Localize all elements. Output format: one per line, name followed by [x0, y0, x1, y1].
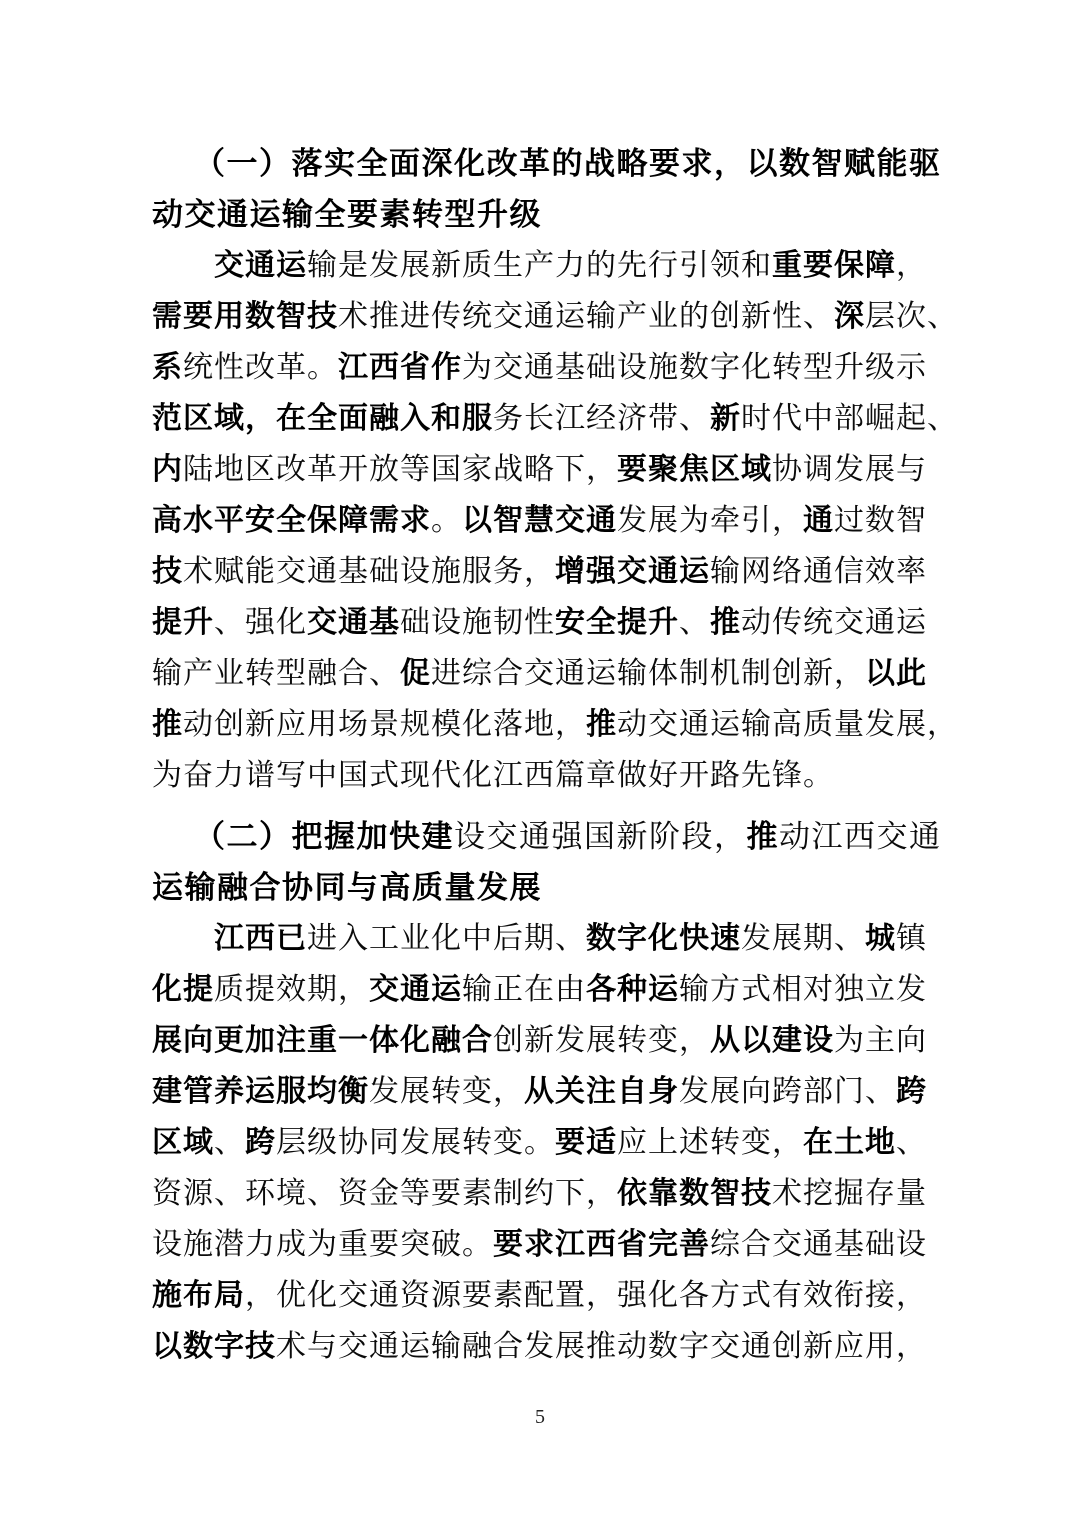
text-run: 输正在由 — [462, 973, 586, 1006]
text-run: 安全提升 — [555, 606, 679, 639]
text-run: 、 — [679, 606, 710, 639]
text-run: 推 — [152, 708, 183, 741]
text-run: 促 — [400, 657, 431, 690]
document-page: （一）落实全面深化改革的战略要求，以数智赋能驱动交通运输全要素转型升级交通运输是… — [0, 0, 1080, 1527]
text-line: 设施潜力成为重要突破。要求江西省完善综合交通基础设 — [152, 1219, 947, 1270]
text-run: 设施潜力成为重要突破。 — [152, 1228, 493, 1261]
text-run: 动创新应用场景规模化落地， — [183, 708, 586, 741]
text-line: 动交通运输全要素转型升级 — [152, 189, 947, 240]
text-run: 发展向跨部门、 — [679, 1075, 896, 1108]
text-run: 系 — [152, 351, 183, 384]
text-run: 施布局 — [152, 1279, 245, 1312]
text-run: 发展转变， — [369, 1075, 524, 1108]
text-line: 推动创新应用场景规模化落地，推动交通运输高质量发展， — [152, 699, 947, 750]
text-run: 展向更加注重一体化融合 — [152, 1024, 493, 1057]
text-run: 资源、环境、资金等要素制约下， — [152, 1177, 617, 1210]
text-line: 输产业转型融合、促进综合交通运输体制机制创新，以此 — [152, 648, 947, 699]
text-run: 综合交通基础设 — [710, 1228, 927, 1261]
text-run: 交通运 — [369, 973, 462, 1006]
text-run: 应上述转变， — [617, 1126, 803, 1159]
text-run: 创新发展转变， — [493, 1024, 710, 1057]
text-run: 输网络通信效率 — [710, 555, 927, 588]
section-heading: （一）落实全面深化改革的战略要求，以数智赋能驱动交通运输全要素转型升级 — [152, 138, 947, 240]
text-run: （二）把握加快建 — [194, 819, 454, 854]
text-run: 以智慧交通 — [462, 504, 617, 537]
text-line: 内陆地区改革开放等国家战略下，要聚焦区域协调发展与 — [152, 444, 947, 495]
text-run: 、 — [896, 1126, 927, 1159]
section-paragraph: 江西已进入工业化中后期、数字化快速发展期、城镇化提质提效期，交通运输正在由各种运… — [152, 913, 947, 1372]
text-line: 技术赋能交通基础设施服务，增强交通运输网络通信效率 — [152, 546, 947, 597]
text-line: 需要用数智技术推进传统交通运输产业的创新性、深层次、 — [152, 291, 947, 342]
text-run: 跨 — [245, 1126, 276, 1159]
text-run: 动交通运输高质量发展， — [617, 708, 958, 741]
text-run: 跨 — [896, 1075, 927, 1108]
text-run: 从以建设 — [710, 1024, 834, 1057]
text-run: 要求江西省完善 — [493, 1228, 710, 1261]
text-run: 范区域，在全面融入和服 — [152, 402, 493, 435]
text-run: 术赋能交通基础设施服务， — [183, 555, 555, 588]
text-run: 础设施韧性 — [400, 606, 555, 639]
text-run: 通 — [803, 504, 834, 537]
text-run: 为奋力谱写中国式现代化江西篇章做好开路先锋。 — [152, 759, 834, 792]
text-run: 时代中部崛起、 — [741, 402, 958, 435]
text-run: 内 — [152, 453, 183, 486]
text-run: 要聚焦区域 — [617, 453, 772, 486]
text-run: 。 — [431, 504, 462, 537]
text-run: 层级协同发展转变。 — [276, 1126, 555, 1159]
text-run: 进综合交通运输体制机制创新， — [431, 657, 865, 690]
text-line: 高水平安全保障需求。以智慧交通发展为牵引，通过数智 — [152, 495, 947, 546]
text-line: （二）把握加快建设交通强国新阶段，推动江西交通 — [152, 811, 947, 862]
text-line: 施布局，优化交通资源要素配置，强化各方式有效衔接， — [152, 1270, 947, 1321]
text-run: 发展期、 — [741, 922, 865, 955]
text-run: 推 — [710, 606, 741, 639]
text-run: 过数智 — [834, 504, 927, 537]
text-run: （一）落实全面深化改革的战略要求，以数智赋能驱 — [194, 146, 942, 181]
text-run: 镇 — [896, 922, 927, 955]
text-run: 各种运 — [586, 973, 679, 1006]
text-run: 技 — [152, 555, 183, 588]
text-line: 系统性改革。江西省作为交通基础设施数字化转型升级示 — [152, 342, 947, 393]
text-run: 输产业转型融合、 — [152, 657, 400, 690]
text-run: 术与交通运输融合发展推动数字交通创新应用， — [276, 1330, 927, 1363]
text-run: 、强化 — [214, 606, 307, 639]
text-run: 江西已 — [214, 922, 307, 955]
text-run: 为交通基础设施数字化转型升级示 — [462, 351, 927, 384]
text-line: 化提质提效期，交通运输正在由各种运输方式相对独立发 — [152, 964, 947, 1015]
text-line: 提升、强化交通基础设施韧性安全提升、推动传统交通运 — [152, 597, 947, 648]
text-run: 化提 — [152, 973, 214, 1006]
text-line: 为奋力谱写中国式现代化江西篇章做好开路先锋。 — [152, 750, 947, 801]
text-run: ， — [896, 249, 927, 282]
text-run: 从关注自身 — [524, 1075, 679, 1108]
text-run: 动交通运输全要素转型升级 — [152, 197, 542, 232]
text-run: 务长江经济带、 — [493, 402, 710, 435]
text-line: 资源、环境、资金等要素制约下，依靠数智技术挖掘存量 — [152, 1168, 947, 1219]
text-run: 输方式相对独立发 — [679, 973, 927, 1006]
text-run: 、 — [214, 1126, 245, 1159]
text-line: 以数字技术与交通运输融合发展推动数字交通创新应用， — [152, 1321, 947, 1372]
text-line: 区域、跨层级协同发展转变。要适应上述转变，在土地、 — [152, 1117, 947, 1168]
text-run: 建管养运服均衡 — [152, 1075, 369, 1108]
text-run: 推 — [586, 708, 617, 741]
text-run: 推 — [747, 819, 780, 854]
text-run: ，优化交通资源要素配置，强化各方式有效衔接， — [245, 1279, 927, 1312]
text-run: 术推进传统交通运输产业的创新性、 — [338, 300, 834, 333]
text-run: 层次、 — [865, 300, 958, 333]
text-run: 陆地区改革开放等国家战略下， — [183, 453, 617, 486]
text-line: 交通运输是发展新质生产力的先行引领和重要保障， — [152, 240, 947, 291]
text-run: 动江西交通 — [779, 819, 942, 854]
text-run: 术挖掘存量 — [772, 1177, 927, 1210]
text-run: 协调发展与 — [772, 453, 927, 486]
text-run: 增强交通运 — [555, 555, 710, 588]
text-run: 以数字技 — [152, 1330, 276, 1363]
text-line: 展向更加注重一体化融合创新发展转变，从以建设为主向 — [152, 1015, 947, 1066]
text-line: 范区域，在全面融入和服务长江经济带、新时代中部崛起、 — [152, 393, 947, 444]
text-run: 进入工业化中后期、 — [307, 922, 586, 955]
text-run: 重要保障 — [772, 249, 896, 282]
text-run: 江西省作 — [338, 351, 462, 384]
text-run: 在土地 — [803, 1126, 896, 1159]
text-line: 建管养运服均衡发展转变，从关注自身发展向跨部门、跨 — [152, 1066, 947, 1117]
text-run: 依靠数智技 — [617, 1177, 772, 1210]
text-run: 动传统交通运 — [741, 606, 927, 639]
text-run: 深 — [834, 300, 865, 333]
text-line: 江西已进入工业化中后期、数字化快速发展期、城镇 — [152, 913, 947, 964]
text-run: 提升 — [152, 606, 214, 639]
text-run: 发展为牵引， — [617, 504, 803, 537]
text-run: 要适 — [555, 1126, 617, 1159]
section-heading: （二）把握加快建设交通强国新阶段，推动江西交通运输融合协同与高质量发展 — [152, 811, 947, 913]
text-run: 区域 — [152, 1126, 214, 1159]
text-run: 以此 — [865, 657, 927, 690]
text-run: 设交通强国新阶段， — [454, 819, 747, 854]
text-run: 统性改革。 — [183, 351, 338, 384]
text-run: 质提效期， — [214, 973, 369, 1006]
text-body: （一）落实全面深化改革的战略要求，以数智赋能驱动交通运输全要素转型升级交通运输是… — [152, 138, 947, 1372]
text-run: 城 — [865, 922, 896, 955]
text-run: 高水平安全保障需求 — [152, 504, 431, 537]
text-run: 运输融合协同与高质量发展 — [152, 870, 542, 905]
text-run: 交通基 — [307, 606, 400, 639]
text-run: 输是发展新质生产力的先行引领和 — [307, 249, 772, 282]
text-run: 为主向 — [834, 1024, 927, 1057]
page-number: 5 — [0, 1406, 1080, 1429]
text-run: 需要用数智技 — [152, 300, 338, 333]
text-line: （一）落实全面深化改革的战略要求，以数智赋能驱 — [152, 138, 947, 189]
text-run: 数字化快速 — [586, 922, 741, 955]
text-run: 交通运 — [214, 249, 307, 282]
text-line: 运输融合协同与高质量发展 — [152, 862, 947, 913]
section-paragraph: 交通运输是发展新质生产力的先行引领和重要保障，需要用数智技术推进传统交通运输产业… — [152, 240, 947, 801]
text-run: 新 — [710, 402, 741, 435]
